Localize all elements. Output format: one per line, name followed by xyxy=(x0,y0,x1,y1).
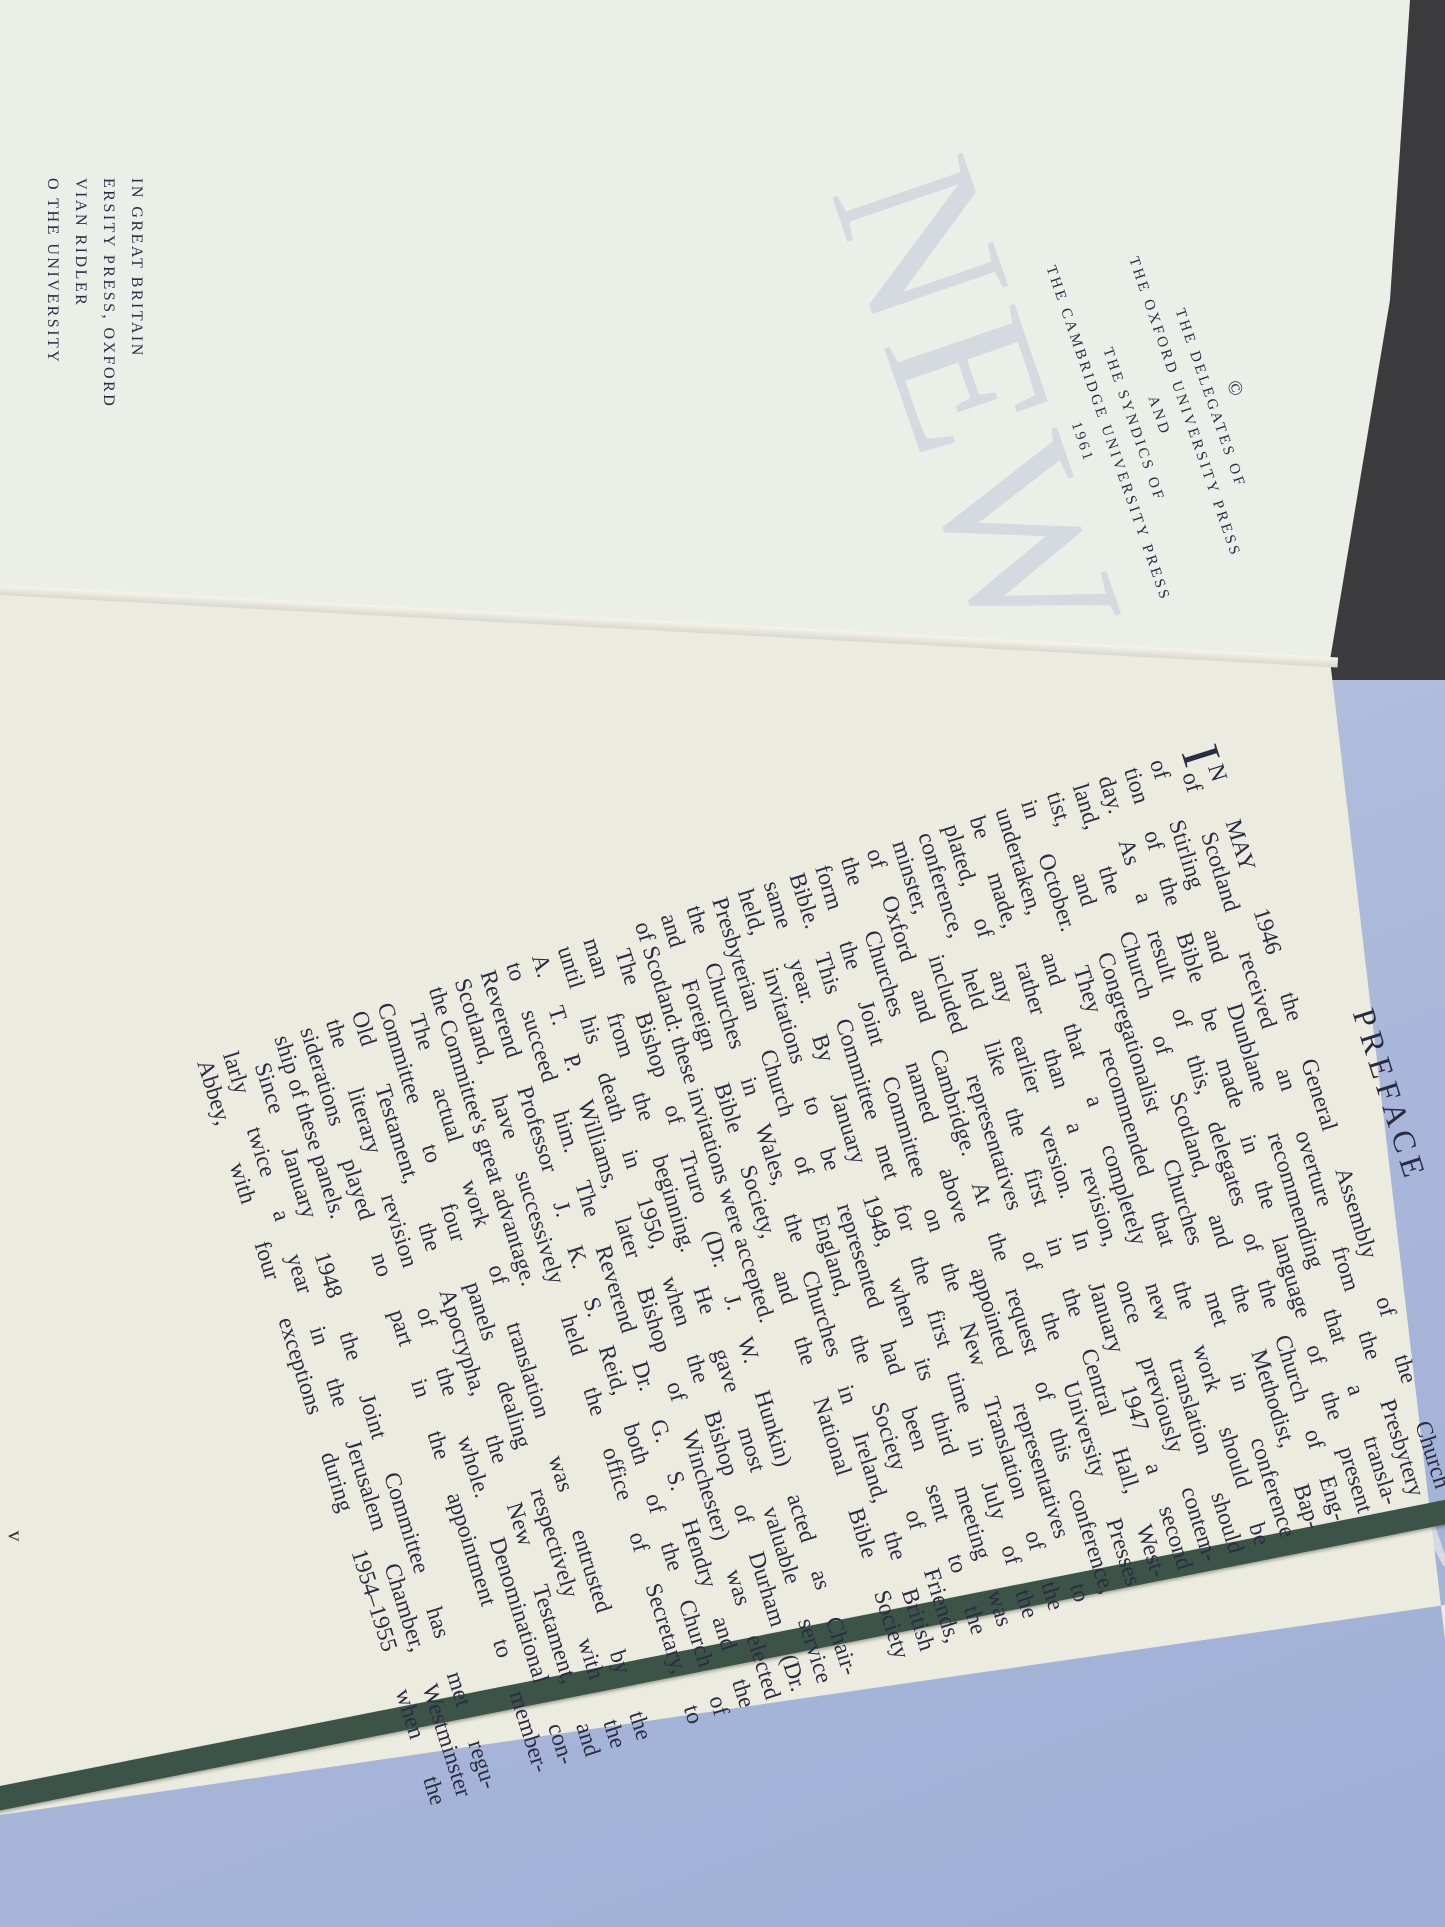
page-number: v xyxy=(3,1531,29,1542)
printer-line: IN GREAT BRITAIN xyxy=(122,178,150,408)
printer-line: O THE UNIVERSITY xyxy=(38,178,66,408)
printer-imprint: IN GREAT BRITAIN ERSITY PRESS, OXFORD VI… xyxy=(38,178,150,408)
printer-line: VIAN RIDLER xyxy=(66,178,94,408)
printer-line: ERSITY PRESS, OXFORD xyxy=(94,178,122,408)
